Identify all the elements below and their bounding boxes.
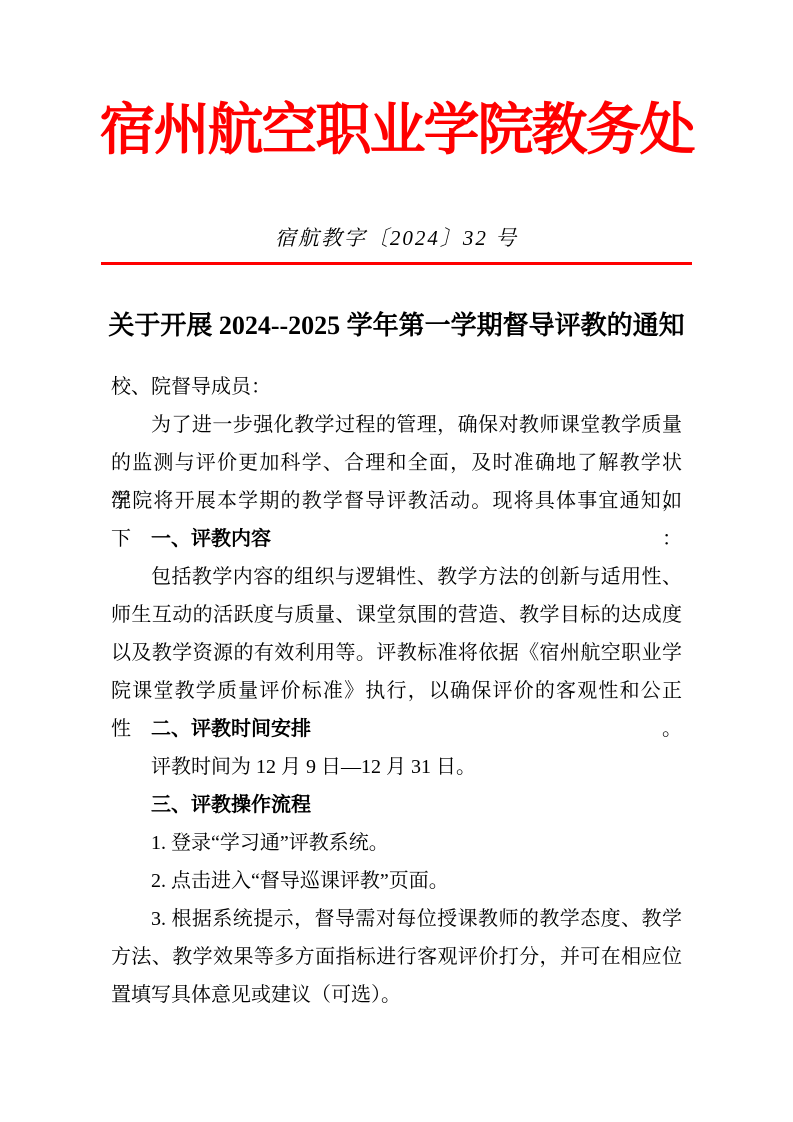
body-line: 方法、教学效果等多方面指标进行客观评价打分，并可在相应位 — [111, 938, 682, 976]
body-line: 包括教学内容的组织与逻辑性、教学方法的创新与适用性、 — [111, 558, 682, 596]
step-3-line: 3. 根据系统提示，督导需对每位授课教师的教学态度、教学 — [111, 900, 682, 938]
org-title: 宿州航空职业学院教务处 — [0, 0, 793, 165]
red-separator-line — [101, 262, 692, 265]
salutation-line: 校、院督导成员： — [111, 368, 682, 406]
notice-body: 校、院督导成员： 为了进一步强化教学过程的管理，确保对教师课堂教学质量 的监测与… — [111, 368, 682, 1014]
section-heading-3: 三、评教操作流程 — [111, 786, 682, 824]
body-line: 师生互动的活跃度与质量、课堂氛围的营造、教学目标的达成度 — [111, 596, 682, 634]
notice-title: 关于开展 2024--2025 学年第一学期督导评教的通知 — [60, 306, 733, 346]
body-line: 的监测与评价更加科学、合理和全面，及时准确地了解教学状况， — [111, 444, 682, 482]
doc-number: 宿航教字〔2024〕32 号 — [0, 223, 793, 253]
body-line: 学院将开展本学期的教学督导评教活动。现将具体事宜通知如下： — [111, 482, 682, 520]
step-2-line: 2. 点击进入“督导巡课评教”页面。 — [111, 862, 682, 900]
evaluation-time-line: 评教时间为 12 月 9 日—12 月 31 日。 — [111, 748, 682, 786]
document-page: 宿州航空职业学院教务处 宿航教字〔2024〕32 号 关于开展 2024--20… — [0, 0, 793, 1122]
body-line: 为了进一步强化教学过程的管理，确保对教师课堂教学质量 — [111, 406, 682, 444]
body-line: 院课堂教学质量评价标准》执行，以确保评价的客观性和公正性。 — [111, 672, 682, 710]
step-1-line: 1. 登录“学习通”评教系统。 — [111, 824, 682, 862]
body-line: 置填写具体意见或建议（可选）。 — [111, 976, 682, 1014]
body-line: 以及教学资源的有效利用等。评教标准将依据《宿州航空职业学 — [111, 634, 682, 672]
